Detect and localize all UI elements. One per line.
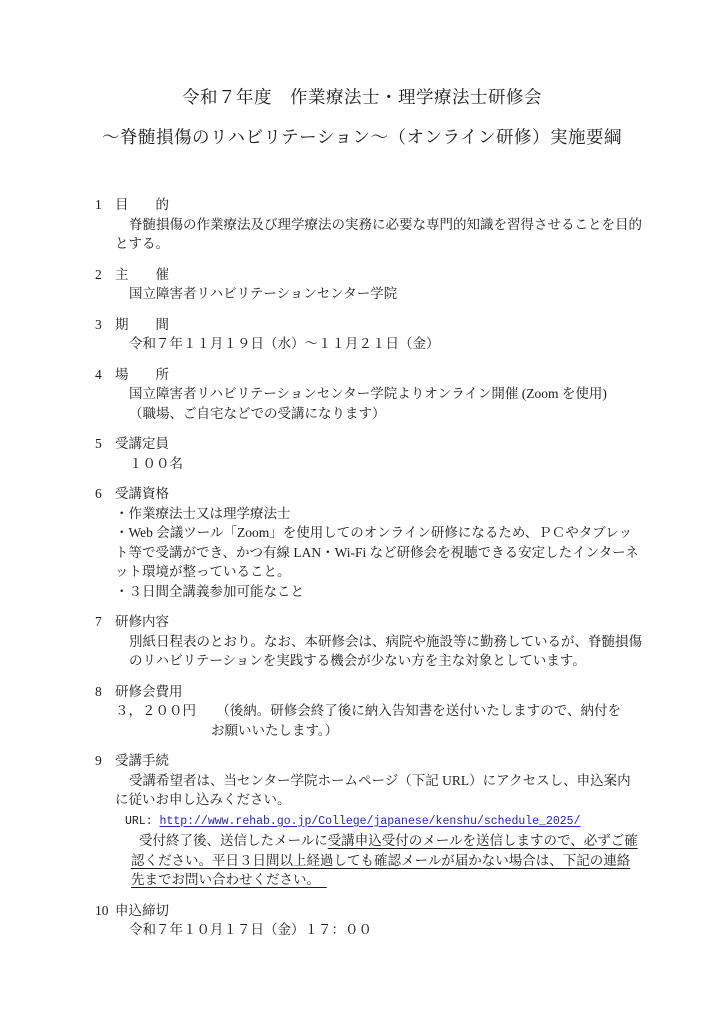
document-title: 令和７年度 作業療法士・理学療法士研修会 xyxy=(0,84,724,109)
text-line: ット環境が整っていること。 xyxy=(115,562,654,582)
section-heading: 4場 所 xyxy=(95,365,654,385)
section-3: 3期 間令和７年１１月１９日（水）～１１月２１日（金） xyxy=(95,315,654,354)
section-8: 8研修会費用３，２００円 （後納。研修会終了後に納入告知書を送付いたしますので、… xyxy=(95,682,654,741)
text-line: URL: http://www.rehab.go.jp/College/japa… xyxy=(115,810,654,832)
section-number: 7 xyxy=(95,612,115,632)
url-link[interactable]: http://www.rehab.go.jp/College/japanese/… xyxy=(160,815,581,828)
text-segment: ３，２００円 （後納。研修会終了後に納入告知書を送付いたしますので、納付を xyxy=(115,703,621,718)
section-title: 受講定員 xyxy=(115,434,169,454)
text-segment: 認ください。平日３日間以上経過しても確認メールが届かない場合は、下記の連絡 xyxy=(131,853,630,868)
section-body: 令和７年１１月１９日（水）～１１月２１日（金） xyxy=(115,334,654,354)
section-body: 脊髄損傷の作業療法及び理学療法の実務に必要な専門的知識を習得させることを目的とす… xyxy=(115,215,654,254)
text-line: 脊髄損傷の作業療法及び理学療法の実務に必要な専門的知識を習得させることを目的 xyxy=(115,215,654,235)
section-body: 国立障害者リハビリテーションセンター学院 xyxy=(115,284,654,304)
section-number: 6 xyxy=(95,484,115,504)
section-title: 目 的 xyxy=(115,195,169,215)
text-line: とする。 xyxy=(115,234,654,254)
text-line: 国立障害者リハビリテーションセンター学院 xyxy=(115,284,654,304)
section-5: 5受講定員１００名 xyxy=(95,434,654,473)
section-title: 場 所 xyxy=(115,365,169,385)
text-line: 令和７年１１月１９日（水）～１１月２１日（金） xyxy=(115,334,654,354)
text-line: 国立障害者リハビリテーションセンター学院よりオンライン開催 (Zoom を使用) xyxy=(115,384,654,404)
section-heading: 2主 催 xyxy=(95,265,654,285)
section-body: 令和７年１０月１７日（金）１７：００ xyxy=(115,920,654,940)
text-segment: 先までお問い合わせください。 xyxy=(131,872,327,887)
section-body: 受講希望者は、当センター学院ホームページ（下記 URL）にアクセスし、申込案内に… xyxy=(115,771,654,890)
text-segment: 令和７年１０月１７日（金）１７：００ xyxy=(129,922,372,937)
section-heading: 8研修会費用 xyxy=(95,682,654,702)
section-body: ・作業療法士又は理学療法士・Web 会議ツール「Zoom」を使用してのオンライン… xyxy=(115,504,654,602)
text-segment: URL: xyxy=(125,815,160,828)
document-page: 令和７年度 作業療法士・理学療法士研修会 ～脊髄損傷のリハビリテーション～（オン… xyxy=(0,0,724,1024)
text-segment: に従いお申し込みください。 xyxy=(115,792,291,807)
section-title: 研修内容 xyxy=(115,612,169,632)
section-title: 申込締切 xyxy=(115,901,169,921)
text-line: のリハビリテーションを実践する機会が少ない方を主な対象としています。 xyxy=(115,651,654,671)
text-segment: 別紙日程表のとおり。なお、本研修会は、病院や施設等に勤務しているが、脊髄損傷 xyxy=(129,634,642,649)
section-title: 主 催 xyxy=(115,265,169,285)
section-6: 6受講資格・作業療法士又は理学療法士・Web 会議ツール「Zoom」を使用しての… xyxy=(95,484,654,601)
text-segment: 受講希望者は、当センター学院ホームページ（下記 URL）にアクセスし、申込案内 xyxy=(129,773,631,788)
text-line: お願いいたします。） xyxy=(115,721,654,741)
text-segment: ット環境が整っていること。 xyxy=(115,564,291,579)
sections-container: 1目 的脊髄損傷の作業療法及び理学療法の実務に必要な専門的知識を習得させることを… xyxy=(95,195,654,940)
document-header: 令和７年度 作業療法士・理学療法士研修会 ～脊髄損傷のリハビリテーション～（オン… xyxy=(0,84,724,149)
text-line: 認ください。平日３日間以上経過しても確認メールが届かない場合は、下記の連絡 xyxy=(115,851,654,871)
section-body: ３，２００円 （後納。研修会終了後に納入告知書を送付いたしますので、納付をお願い… xyxy=(115,701,654,740)
section-2: 2主 催国立障害者リハビリテーションセンター学院 xyxy=(95,265,654,304)
section-heading: 10申込締切 xyxy=(95,901,654,921)
text-line: ・Web 会議ツール「Zoom」を使用してのオンライン研修になるため、ＰＣやタブ… xyxy=(115,523,654,543)
text-segment: ・作業療法士又は理学療法士 xyxy=(115,506,291,521)
section-heading: 5受講定員 xyxy=(95,434,654,454)
text-segment: 受付終了後、送信したメールに xyxy=(139,833,328,848)
text-segment: 国立障害者リハビリテーションセンター学院 xyxy=(129,286,397,301)
section-number: 2 xyxy=(95,265,115,285)
section-number: 3 xyxy=(95,315,115,335)
section-heading: 7研修内容 xyxy=(95,612,654,632)
text-segment: 令和７年１１月１９日（水）～１１月２１日（金） xyxy=(129,336,440,351)
text-segment: 受講申込受付のメールを送信しますので、必ずご確 xyxy=(328,833,638,848)
section-title: 研修会費用 xyxy=(115,682,183,702)
text-line: １００名 xyxy=(115,454,654,474)
section-heading: 1目 的 xyxy=(95,195,654,215)
section-number: 8 xyxy=(95,682,115,702)
text-segment: 脊髄損傷の作業療法及び理学療法の実務に必要な専門的知識を習得させることを目的 xyxy=(129,217,642,232)
section-title: 受講資格 xyxy=(115,484,169,504)
text-segment: ・Web 会議ツール「Zoom」を使用してのオンライン研修になるため、ＰＣやタブ… xyxy=(115,525,632,540)
text-line: ・作業療法士又は理学療法士 xyxy=(115,504,654,524)
text-segment: ・３日間全講義参加可能なこと xyxy=(115,584,304,599)
text-line: 別紙日程表のとおり。なお、本研修会は、病院や施設等に勤務しているが、脊髄損傷 xyxy=(115,632,654,652)
text-line: に従いお申し込みください。 xyxy=(115,790,654,810)
section-heading: 6受講資格 xyxy=(95,484,654,504)
text-line: 受講希望者は、当センター学院ホームページ（下記 URL）にアクセスし、申込案内 xyxy=(115,771,654,791)
section-7: 7研修内容別紙日程表のとおり。なお、本研修会は、病院や施設等に勤務しているが、脊… xyxy=(95,612,654,671)
section-9: 9受講手続受講希望者は、当センター学院ホームページ（下記 URL）にアクセスし、… xyxy=(95,751,654,890)
text-line: （職場、ご自宅などでの受講になります） xyxy=(115,404,654,424)
section-4: 4場 所国立障害者リハビリテーションセンター学院よりオンライン開催 (Zoom … xyxy=(95,365,654,424)
section-10: 10申込締切令和７年１０月１７日（金）１７：００ xyxy=(95,901,654,940)
section-body: 別紙日程表のとおり。なお、本研修会は、病院や施設等に勤務しているが、脊髄損傷のリ… xyxy=(115,632,654,671)
text-line: 令和７年１０月１７日（金）１７：００ xyxy=(115,920,654,940)
section-number: 4 xyxy=(95,365,115,385)
section-body: 国立障害者リハビリテーションセンター学院よりオンライン開催 (Zoom を使用)… xyxy=(115,384,654,423)
text-line: ト等で受講ができ、かつ有線 LAN・Wi-Fi など研修会を視聴できる安定したイ… xyxy=(115,543,654,563)
text-segment: ト等で受講ができ、かつ有線 LAN・Wi-Fi など研修会を視聴できる安定したイ… xyxy=(115,545,638,560)
section-title: 受講手続 xyxy=(115,751,169,771)
text-line: ３，２００円 （後納。研修会終了後に納入告知書を送付いたしますので、納付を xyxy=(115,701,654,721)
text-line: ・３日間全講義参加可能なこと xyxy=(115,582,654,602)
section-heading: 9受講手続 xyxy=(95,751,654,771)
section-1: 1目 的脊髄損傷の作業療法及び理学療法の実務に必要な専門的知識を習得させることを… xyxy=(95,195,654,254)
text-segment: １００名 xyxy=(129,456,183,471)
text-line: 受付終了後、送信したメールに受講申込受付のメールを送信しますので、必ずご確 xyxy=(115,831,654,851)
section-number: 10 xyxy=(95,901,115,921)
section-body: １００名 xyxy=(115,454,654,474)
text-segment: 国立障害者リハビリテーションセンター学院よりオンライン開催 (Zoom を使用) xyxy=(129,386,607,401)
section-title: 期 間 xyxy=(115,315,169,335)
text-segment: （職場、ご自宅などでの受講になります） xyxy=(129,406,386,421)
section-number: 9 xyxy=(95,751,115,771)
section-number: 1 xyxy=(95,195,115,215)
text-line: 先までお問い合わせください。 xyxy=(115,870,654,890)
section-number: 5 xyxy=(95,434,115,454)
text-segment: お願いいたします。） xyxy=(211,723,338,738)
section-heading: 3期 間 xyxy=(95,315,654,335)
document-subtitle: ～脊髄損傷のリハビリテーション～（オンライン研修）実施要綱 xyxy=(0,124,724,149)
text-segment: とする。 xyxy=(115,236,169,251)
text-segment: のリハビリテーションを実践する機会が少ない方を主な対象としています。 xyxy=(129,653,586,668)
